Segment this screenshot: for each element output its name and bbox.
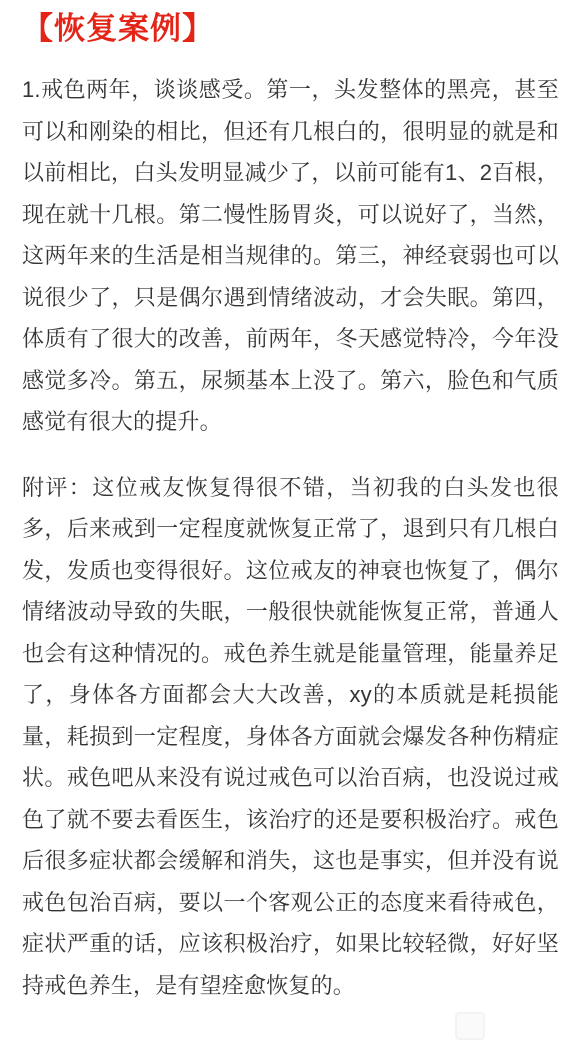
case-paragraph: 1.戒色两年，谈谈感受。第一，头发整体的黑亮，甚至可以和刚染的相比，但还有几根白… (22, 69, 559, 443)
commentary-paragraph: 附评：这位戒友恢复得很不错，当初我的白头发也很多，后来戒到一定程度就恢复正常了，… (22, 467, 559, 1007)
article-body: 【恢复案例】 1.戒色两年，谈谈感受。第一，头发整体的黑亮，甚至可以和刚染的相比… (0, 0, 580, 1006)
article-title: 【恢复案例】 (22, 10, 559, 47)
watermark (455, 1012, 485, 1040)
